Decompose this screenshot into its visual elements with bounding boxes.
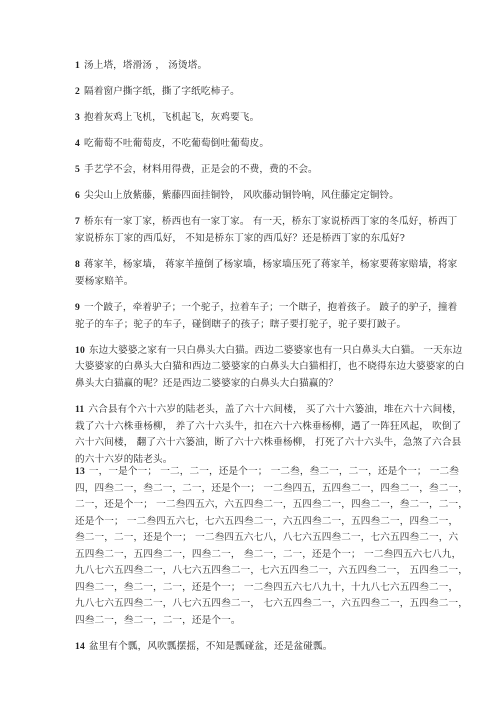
item-number: 7 <box>75 216 80 227</box>
tongue-twister-continuation: 鼻头大白猫赢的呢？还是西边二婆婆家的白鼻头大白猫赢的？ <box>75 378 338 390</box>
item-text: 蒋家羊，杨家墙， 蒋家羊撞倒了杨家墙，杨家墙压死了蒋家羊，杨家要蒋家赔墙，将家 <box>84 259 457 270</box>
tongue-twister-continuation: 二一，还是个一； 一二叁四五六，六五四叁二一，五四叁二一，四叁二一，叁二一，二一… <box>75 499 468 511</box>
tongue-twister-continuation: 驼子的车子；驼子的车子，碰倒瞎子的孩子；瞎子要打驼子，驼子要打跛子。 <box>75 319 406 331</box>
item-number: 10 <box>75 345 85 356</box>
item-text: 要杨家赔羊。 <box>75 276 133 287</box>
item-text: 东边大婆婆之家有一只白鼻头大白猫。西边二婆婆家也有一只白鼻头大白猫。 一天东边 <box>89 345 462 356</box>
item-text: 二一，还是个一； 一二叁四五六，六五四叁二一，五四叁二一，四叁二一，叁二一，二一… <box>75 499 468 510</box>
item-number: 13 <box>75 466 85 477</box>
item-text: 手艺学不会，材料用得费，正是会的不费，费的不会。 <box>84 164 318 175</box>
item-number: 1 <box>75 60 80 71</box>
item-text: 鼻头大白猫赢的呢？还是西边二婆婆家的白鼻头大白猫赢的？ <box>75 378 338 389</box>
tongue-twister-continuation: 四，四叁二一，叁二一，二一，还是个一； 一二叁四五，五四叁二一，四叁二一，叁二一… <box>75 483 468 495</box>
tongue-twister-continuation: 的六十六岁的陆老头。 <box>75 454 172 466</box>
tongue-twister-item: 13一，一是个一； 一二，二一，还是个一； 一二叁，叁二一，二一，还是个一； 一… <box>75 466 459 478</box>
tongue-twister-item: 3抱着灰鸡上飞机，飞机起飞，灰鸡要飞。 <box>75 112 259 124</box>
item-number: 5 <box>75 164 80 175</box>
tongue-twister-continuation: 栽了六十六株垂杨柳， 养了六十六头牛，扣在六十六株垂杨柳，遇了一阵狂风起， 吹倒… <box>75 421 461 433</box>
tongue-twister-item: 6尖尖山上放紫藤，紫藤四面挂铜铃， 风吹藤动铜铃响，风住藤定定铜铃。 <box>75 190 399 202</box>
item-number: 14 <box>75 641 85 652</box>
document-page: 1汤上塔，塔滑汤 ， 汤烫塔。2隔着窗户撕字纸，撕了字纸吃柿子。3抱着灰鸡上飞机… <box>0 0 496 702</box>
tongue-twister-item: 5手艺学不会，材料用得费，正是会的不费，费的不会。 <box>75 164 318 176</box>
item-text: 六合县有个六十六岁的陆老头，盖了六十六间楼， 买了六十六篓油，堆在六十六间楼， <box>88 404 461 415</box>
tongue-twister-continuation: 五四叁二一，五四叁二一，四叁二一， 叁二一，二一，还是个一； 一二叁四五六七八九… <box>75 549 461 561</box>
item-number: 11 <box>75 404 84 415</box>
item-number: 8 <box>75 259 80 270</box>
item-number: 6 <box>75 190 80 201</box>
item-text: 一，一是个一； 一二，二一，还是个一； 一二叁，叁二一，二一，还是个一； 一二叁 <box>89 466 459 477</box>
item-text: 尖尖山上放紫藤，紫藤四面挂铜铃， 风吹藤动铜铃响，风住藤定定铜铃。 <box>84 190 399 201</box>
item-text: 六十六间楼， 翻了六十六篓油，断了六十六株垂杨柳， 打死了六十六头牛，急煞了六合… <box>75 437 461 448</box>
tongue-twister-item: 4吃葡萄不吐葡萄皮，不吃葡萄倒吐葡萄皮。 <box>75 138 269 150</box>
item-text: 吃葡萄不吐葡萄皮，不吃葡萄倒吐葡萄皮。 <box>84 138 269 149</box>
item-text: 驼子的车子；驼子的车子，碰倒瞎子的孩子；瞎子要打驼子，驼子要打跛子。 <box>75 319 406 330</box>
item-text: 家说桥东丁家的西瓜好， 不知是桥东丁家的西瓜好？还是桥西丁家的东瓜好? <box>75 233 405 244</box>
item-text: 四叁二一，叁二一，二一，还是个一； 一二叁四五六七八九十，十九八七六五四叁二一， <box>75 582 458 593</box>
item-text: 抱着灰鸡上飞机，飞机起飞，灰鸡要飞。 <box>84 112 259 123</box>
tongue-twister-item: 1汤上塔，塔滑汤 ， 汤烫塔。 <box>75 60 207 72</box>
tongue-twister-continuation: 要杨家赔羊。 <box>75 276 133 288</box>
tongue-twister-item: 8蒋家羊，杨家墙， 蒋家羊撞倒了杨家墙，杨家墙压死了蒋家羊，杨家要蒋家赔墙，将家 <box>75 259 457 271</box>
item-number: 3 <box>75 112 80 123</box>
tongue-twister-item: 10东边大婆婆之家有一只白鼻头大白猫。西边二婆婆家也有一只白鼻头大白猫。 一天东… <box>75 345 462 357</box>
tongue-twister-item: 2隔着窗户撕字纸，撕了字纸吃柿子。 <box>75 86 240 98</box>
item-number: 4 <box>75 138 80 149</box>
tongue-twister-continuation: 家说桥东丁家的西瓜好， 不知是桥东丁家的西瓜好？还是桥西丁家的东瓜好? <box>75 233 405 245</box>
tongue-twister-item: 14盆里有个瓢，风吹瓢摆摇，不知是瓢碰盆，还是盆碰瓢。 <box>75 641 333 653</box>
item-number: 9 <box>75 302 80 313</box>
item-text: 一个跛子，牵着驴子；一个驼子，拉着车子；一个瞎子，抱着孩子。 跛子的驴子，撞着 <box>84 302 457 313</box>
item-text: 隔着窗户撕字纸，撕了字纸吃柿子。 <box>84 86 240 97</box>
tongue-twister-continuation: 四叁二一，叁二一，二一，还是个一。 <box>75 615 241 627</box>
tongue-twister-continuation: 大婆婆家的白鼻头大白猫和西边二婆婆家的白鼻头大白猫相打，也不晓得东边大婆婆家的白 <box>75 361 465 373</box>
item-text: 九八七六五四叁二一，八七六五四叁二一，七六五四叁二一，六五四叁二一， 五四叁二一… <box>75 565 468 576</box>
item-text: 五四叁二一，五四叁二一，四叁二一， 叁二一，二一，还是个一； 一二叁四五六七八九… <box>75 549 461 560</box>
item-text: 桥东有一家丁家，桥西也有一家丁家。 有一天，桥东丁家说桥西丁家的冬瓜好，桥西丁 <box>84 216 457 227</box>
tongue-twister-item: 11六合县有个六十六岁的陆老头，盖了六十六间楼， 买了六十六篓油，堆在六十六间楼… <box>75 404 462 416</box>
item-text: 四叁二一，叁二一，二一，还是个一。 <box>75 615 241 626</box>
item-text: 的六十六岁的陆老头。 <box>75 454 172 465</box>
tongue-twister-item: 9一个跛子，牵着驴子；一个驼子，拉着车子；一个瞎子，抱着孩子。 跛子的驴子，撞着 <box>75 302 457 314</box>
tongue-twister-continuation: 还是个一； 一二叁四五六七，七六五四叁二一，六五四叁二一，五四叁二一，四叁二一， <box>75 516 458 528</box>
item-text: 还是个一； 一二叁四五六七，七六五四叁二一，六五四叁二一，五四叁二一，四叁二一， <box>75 516 458 527</box>
tongue-twister-continuation: 九八七六五四叁二一，八七六五四叁二一，七六五四叁二一，六五四叁二一， 五四叁二一… <box>75 565 468 577</box>
item-text: 汤上塔，塔滑汤 ， 汤烫塔。 <box>84 60 207 71</box>
tongue-twister-continuation: 九八七六五四叁二一，八七六五四叁二一， 七六五四叁二一，六五四叁二一，五四叁二一… <box>75 598 468 610</box>
item-text: 九八七六五四叁二一，八七六五四叁二一， 七六五四叁二一，六五四叁二一，五四叁二一… <box>75 598 468 609</box>
item-text: 四，四叁二一，叁二一，二一，还是个一； 一二叁四五，五四叁二一，四叁二一，叁二一… <box>75 483 468 494</box>
item-text: 大婆婆家的白鼻头大白猫和西边二婆婆家的白鼻头大白猫相打，也不晓得东边大婆婆家的白 <box>75 361 465 372</box>
tongue-twister-continuation: 叁二一，二一，还是个一； 一二叁四五六七八，八七六五四叁二一，七六五四叁二一，六 <box>75 532 458 544</box>
item-text: 叁二一，二一，还是个一； 一二叁四五六七八，八七六五四叁二一，七六五四叁二一，六 <box>75 532 458 543</box>
tongue-twister-item: 7桥东有一家丁家，桥西也有一家丁家。 有一天，桥东丁家说桥西丁家的冬瓜好，桥西丁 <box>75 216 457 228</box>
item-number: 2 <box>75 86 80 97</box>
item-text: 盆里有个瓢，风吹瓢摆摇，不知是瓢碰盆，还是盆碰瓢。 <box>89 641 333 652</box>
item-text: 栽了六十六株垂杨柳， 养了六十六头牛，扣在六十六株垂杨柳，遇了一阵狂风起， 吹倒… <box>75 421 461 432</box>
tongue-twister-continuation: 六十六间楼， 翻了六十六篓油，断了六十六株垂杨柳， 打死了六十六头牛，急煞了六合… <box>75 437 461 449</box>
tongue-twister-continuation: 四叁二一，叁二一，二一，还是个一； 一二叁四五六七八九十，十九八七六五四叁二一， <box>75 582 458 594</box>
